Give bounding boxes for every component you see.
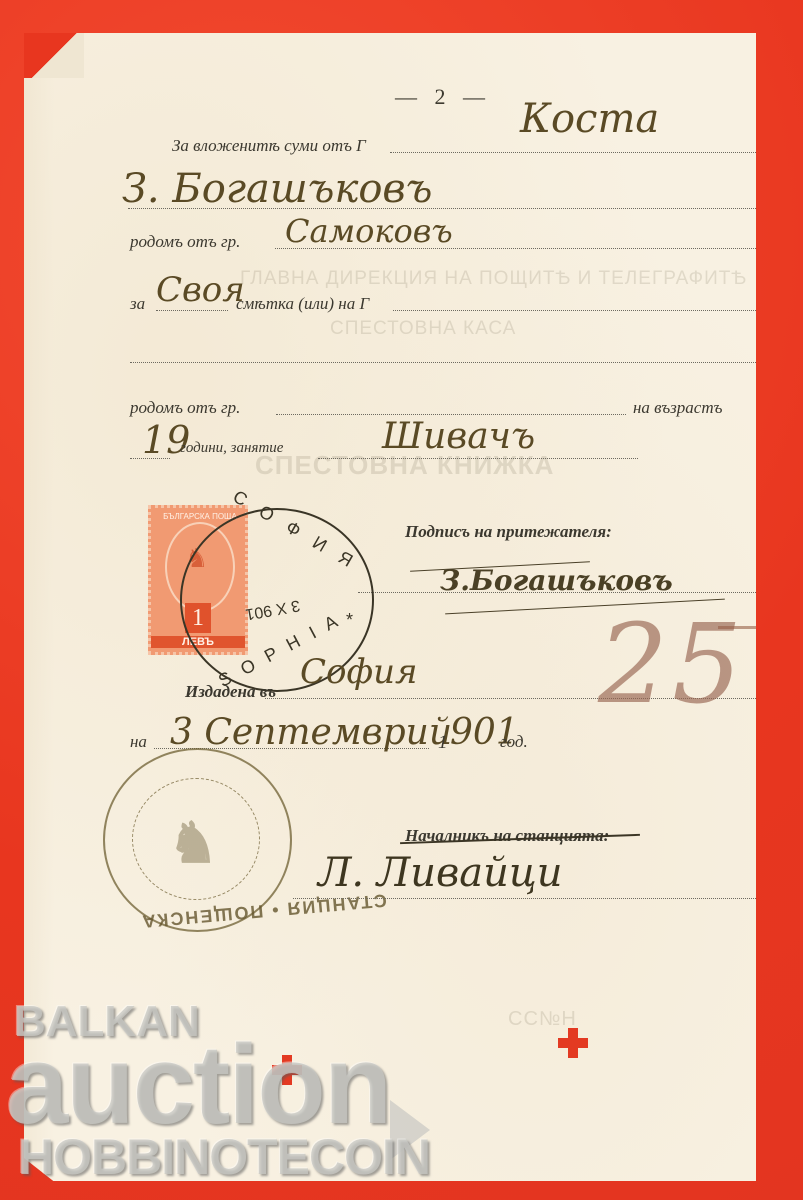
deposit-from-label: За вложенитѣ суми отъ Г (172, 136, 366, 156)
owner-signature: З.Богашъковъ (440, 564, 673, 597)
blank-line (130, 362, 756, 363)
occupation-label: години, занятие (180, 440, 283, 457)
age-label: на възрастъ (633, 398, 722, 418)
surname-line (128, 208, 756, 209)
issued-in-label: Издадена въ (185, 682, 276, 702)
occupation-value: Шивачъ (382, 416, 535, 457)
page-number: — 2 — (395, 84, 491, 110)
native-of-label-2: родомъ отъ гр. (130, 398, 240, 418)
account-prefix-label: за (130, 294, 145, 314)
deposit-from-line (390, 152, 756, 153)
station-chief-line (293, 898, 756, 899)
occupation-line (318, 458, 638, 459)
seal-emblem-icon: ♞ (168, 810, 218, 876)
date-prefix: на (130, 732, 147, 752)
deposit-from-name: Коста (520, 96, 659, 142)
postmark-star-icon: * (346, 610, 353, 631)
year-printed: 1 (438, 732, 448, 754)
watermark-hobbinotecoin: HOBBINOTECOIN (18, 1128, 430, 1186)
account-of-line (393, 310, 756, 311)
year-suffix: год. (500, 732, 528, 752)
native-of-town: Самоковъ (285, 212, 453, 250)
deposit-from-surname: З. Богашъковъ (122, 166, 432, 212)
ghost-text-subheading: СПЕСТОВНА КАСА (330, 318, 516, 340)
issued-in-value: София (300, 652, 418, 692)
native-of-label: родомъ отъ гр. (130, 232, 240, 252)
ghost-text-heading: ГЛАВНА ДИРЕКЦИЯ НА ПОЩИТѢ И ТЕЛЕГРАФИТѢ (240, 268, 747, 290)
pencil-note: 25 (598, 600, 746, 728)
account-label: смѣтка (или) на Г (236, 294, 369, 314)
account-owner-value: Своя (156, 270, 245, 310)
punched-cross-hole (558, 1028, 588, 1058)
pencil-dash (718, 626, 756, 629)
folded-corner (24, 33, 84, 78)
date-value: 3 Септемврий (170, 712, 452, 753)
account-owner-line (156, 310, 228, 311)
native-of-line-2 (276, 414, 626, 415)
station-chief-signature: Л. Ливайци (318, 850, 563, 896)
owner-signature-label: Подписъ на притежателя: (405, 522, 612, 542)
